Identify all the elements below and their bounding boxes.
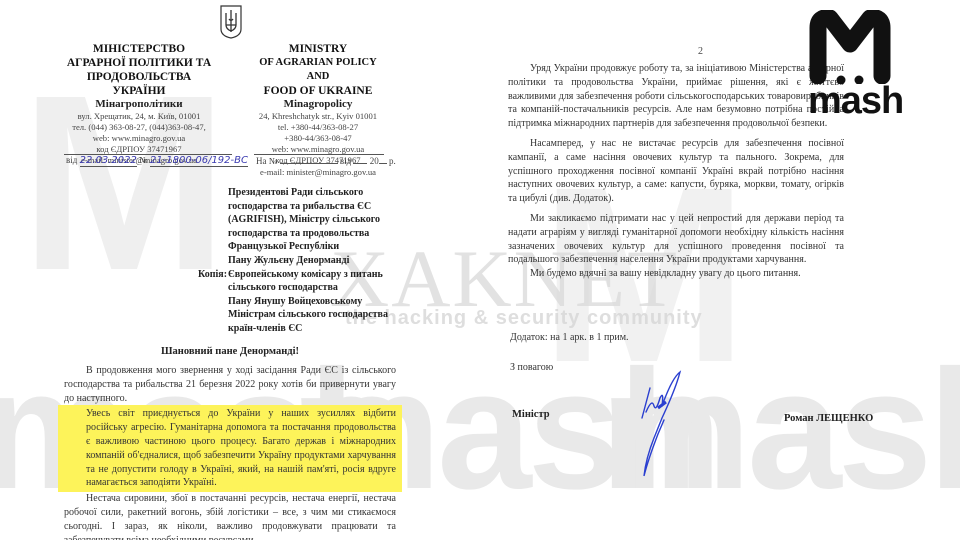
page-number: 2: [698, 46, 703, 57]
phone-ua: тел. (044) 363-08-27, (044)363-08-47,: [64, 122, 214, 133]
paragraph-appeal: Ми закликаємо підтримати нас у цей непро…: [508, 212, 844, 267]
org-name-en-3: FOOD OF UKRAINE: [248, 84, 388, 98]
phone-en-2: +380-44/363-08-47: [248, 133, 388, 144]
mash-logo-icon: [808, 10, 892, 89]
org-name-ua-1: МІНІСТЕРСТВО: [64, 42, 214, 56]
ref-suffix: р.: [389, 156, 396, 166]
addressee-line: Пану Жульєну Денормандi: [228, 254, 428, 268]
header-ukrainian: МІНІСТЕРСТВО АГРАРНОЇ ПОЛІТИКИ ТА ПРОДОВ…: [64, 42, 214, 167]
copy-line: Міністрам сільського господарства: [228, 308, 428, 322]
page1-body: В продовження мого звернення у ході засі…: [64, 364, 396, 540]
ref-year: 20: [370, 156, 379, 166]
copy-line: сільського господарства: [228, 281, 428, 295]
paragraph-government: Уряд України продовжує роботу та, за іні…: [508, 62, 844, 131]
from-label: від: [66, 155, 77, 165]
address-en: 24, Khreshchatyk str., Kyiv 01001: [248, 111, 388, 122]
copy-label: Копія:: [198, 268, 227, 282]
copy-line: Пану Янушу Войцеховському: [228, 295, 428, 309]
paragraph-needs: Насамперед, у нас не вистачає ресурсів д…: [508, 137, 844, 206]
org-name-en-1: MINISTRY: [248, 42, 388, 56]
org-name-ua-3: ПРОДОВОЛЬСТВА УКРАЇНИ: [64, 70, 214, 98]
paragraph-shortages: Нестача сировини, збої в постачанні ресу…: [64, 492, 396, 540]
addressee-line: господарства та рибальства ЄС: [228, 200, 428, 214]
ref-date-blank: [353, 163, 367, 164]
ukraine-coat-of-arms-icon: [220, 5, 242, 44]
address-ua: вул. Хрещатик, 24, м. Київ, 01001: [64, 111, 214, 122]
phone-en-1: tel. +380-44/363-08-27: [248, 122, 388, 133]
ref-label: На №: [256, 156, 277, 166]
addressee-line: господарства та продовольства: [228, 227, 428, 241]
paragraph-intro: В продовження мого звернення у ході засі…: [64, 364, 396, 405]
mash-logo-text: mash: [808, 82, 903, 120]
addressee-line: (AGRIFISH), Міністру сільського: [228, 213, 428, 227]
org-short-ua: Мінагрополітики: [64, 98, 214, 111]
addressee-line: Президентові Ради сільського: [228, 186, 428, 200]
incoming-reference: На № від 20 р.: [256, 156, 396, 166]
copy-block: Копія: Європейському комісару з питань с…: [228, 268, 428, 336]
header-rule-right: [254, 154, 384, 155]
org-name-ua-2: АГРАРНОЇ ПОЛІТИКИ ТА: [64, 56, 214, 70]
ref-year-blank: [379, 163, 387, 164]
email-en: e-mail: minister@minagro.gov.ua: [248, 167, 388, 178]
signatory-position: Міністр: [512, 409, 550, 420]
handwritten-number: 21-1800-06/192-ВС: [150, 155, 248, 167]
ref-from-label: від: [340, 156, 351, 166]
org-short-en: Minagropolicy: [248, 98, 388, 111]
handwritten-signature: [632, 368, 692, 491]
addressee-block: Президентові Ради сільського господарств…: [228, 186, 428, 336]
page2-body: Уряд України продовжує роботу та, за іні…: [508, 62, 844, 281]
attachment-note: Додаток: на 1 арк. в 1 прим.: [510, 332, 629, 343]
greeting: Шановний пане Денормандi!: [64, 346, 396, 357]
closing: З повагою: [510, 362, 553, 373]
signatory-name: Роман ЛЕЩЕНКО: [784, 413, 873, 424]
org-name-en-2: OF AGRARIAN POLICY AND: [248, 56, 388, 84]
handwritten-date: 22.03.2022: [80, 155, 137, 167]
addressee-line: Французької Республіки: [228, 240, 428, 254]
number-label: №: [139, 155, 148, 165]
copy-line: країн-членів ЄС: [228, 322, 428, 336]
web-ua: web: www.minagro.gov.ua: [64, 133, 214, 144]
paragraph-thanks: Ми будемо вдячні за вашу невідкладну ува…: [508, 267, 844, 281]
copy-line: Європейському комісару з питань: [228, 268, 428, 282]
ref-number-blank: [280, 163, 338, 164]
highlighted-paragraph: Увесь світ приєднується до України у наш…: [58, 405, 402, 492]
outgoing-registration: від 22.03.2022 № 21-1800-06/192-ВС: [66, 155, 236, 166]
